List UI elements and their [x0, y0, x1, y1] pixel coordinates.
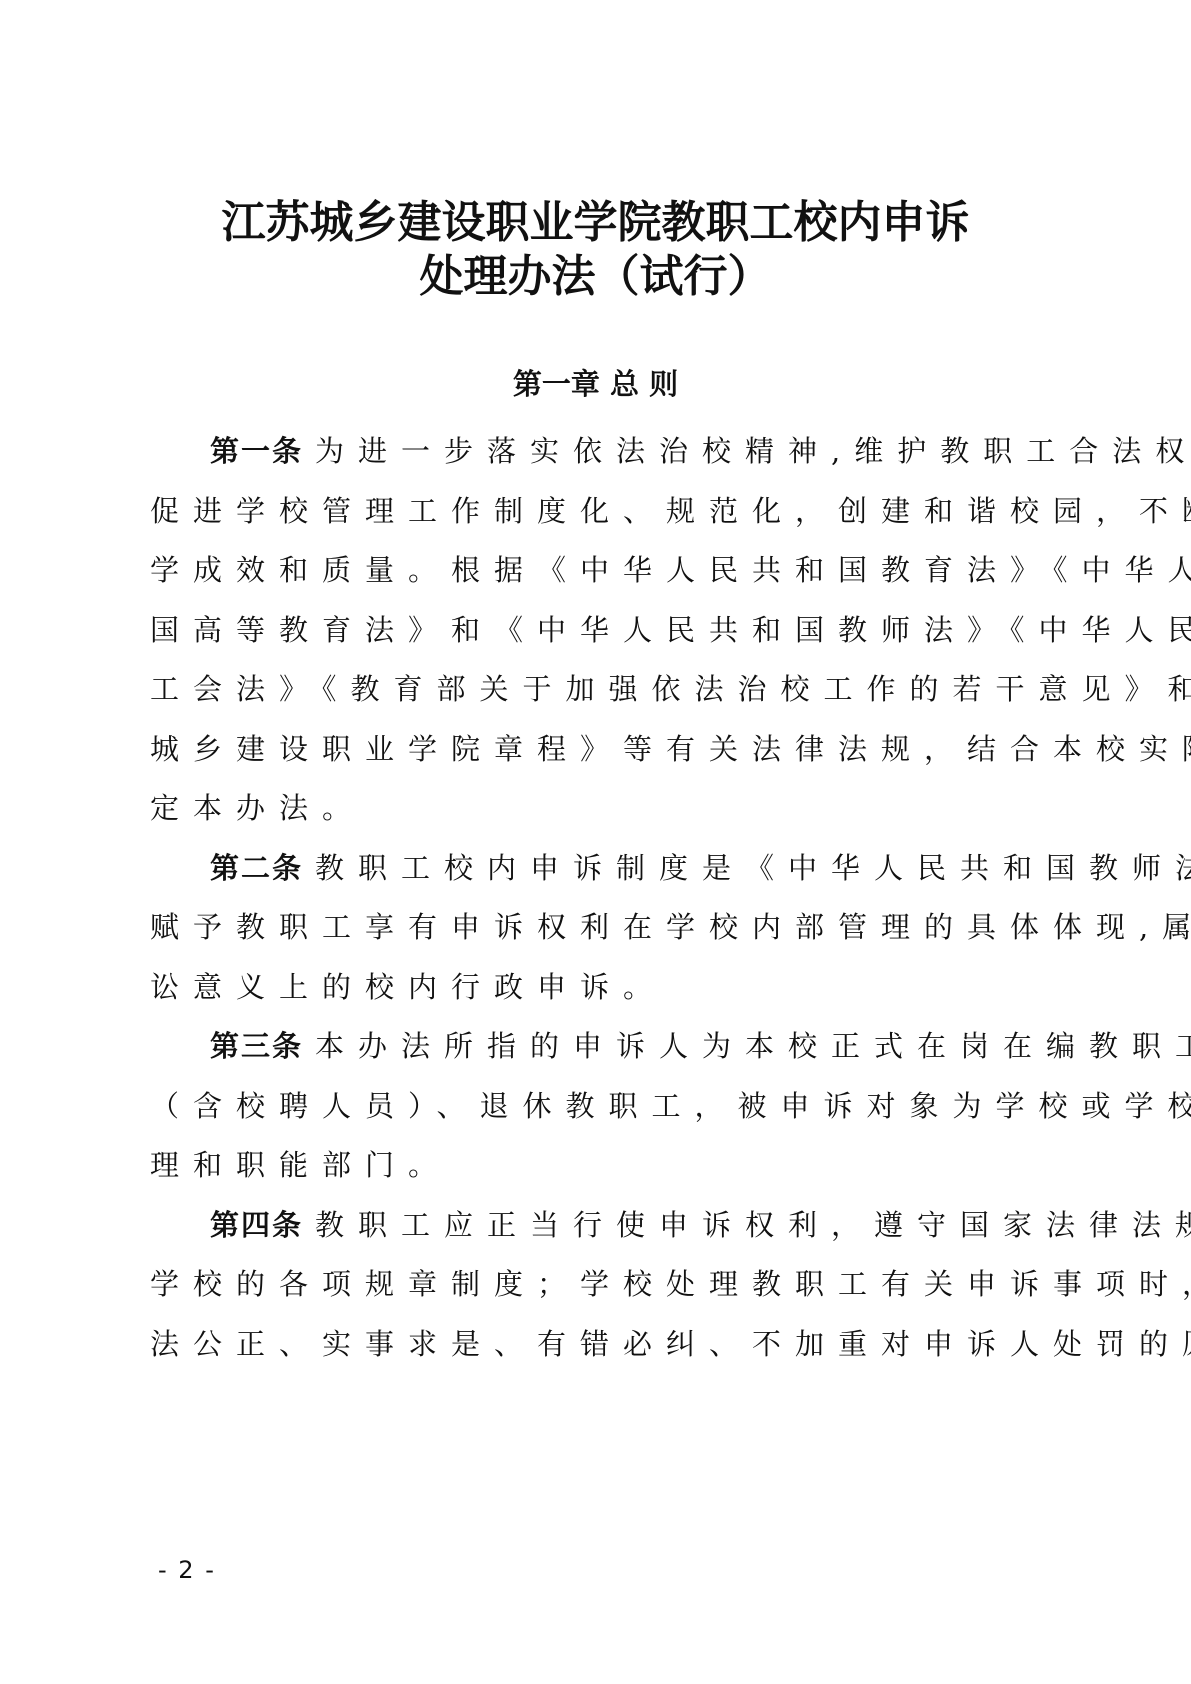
document-title-line-2: 处理办法（试行）	[0, 250, 1191, 304]
page-number: - 2 -	[158, 1556, 216, 1584]
article-2-text: 教职工校内申诉制度是《中华人民共和国教师法》	[315, 851, 1191, 885]
article-1-line-7: 定本办法。	[150, 779, 980, 839]
article-2: 第二条教职工校内申诉制度是《中华人民共和国教师法》 赋予教职工享有申诉权利在学校…	[150, 839, 980, 1018]
article-3-line-2: （含校聘人员）、退休教职工，被申诉对象为学校或学校有关管	[150, 1077, 980, 1137]
document-body: 第一条为进一步落实依法治校精神,维护教职工合法权益, 促进学校管理工作制度化、规…	[150, 422, 980, 1374]
article-4-line-1: 第四条教职工应正当行使申诉权利，遵守国家法律法规和	[150, 1196, 980, 1256]
article-1-line-4: 国高等教育法》和《中华人民共和国教师法》《中华人民共和国	[150, 601, 980, 661]
article-1-line-6: 城乡建设职业学院章程》等有关法律法规，结合本校实际，特制	[150, 720, 980, 780]
article-1-line-2: 促进学校管理工作制度化、规范化，创建和谐校园，不断提高办	[150, 482, 980, 542]
article-1-text: 为进一步落实依法治校精神,维护教职工合法权益,	[315, 434, 1191, 468]
article-1-line-5: 工会法》《教育部关于加强依法治校工作的若干意见》和《江苏	[150, 660, 980, 720]
article-4: 第四条教职工应正当行使申诉权利，遵守国家法律法规和 学校的各项规章制度；学校处理…	[150, 1196, 980, 1375]
article-1-line-1: 第一条为进一步落实依法治校精神,维护教职工合法权益,	[150, 422, 980, 482]
article-2-line-1: 第二条教职工校内申诉制度是《中华人民共和国教师法》	[150, 839, 980, 899]
document-page: 江苏城乡建设职业学院教职工校内申诉 处理办法（试行） 第一章 总 则 第一条为进…	[0, 0, 1191, 1684]
article-4-text: 教职工应正当行使申诉权利，遵守国家法律法规和	[315, 1208, 1191, 1242]
article-1-label: 第一条	[210, 434, 303, 468]
article-1-line-3: 学成效和质量。根据《中华人民共和国教育法》《中华人民共和	[150, 541, 980, 601]
article-2-line-3: 讼意义上的校内行政申诉。	[150, 958, 980, 1018]
article-3-line-3: 理和职能部门。	[150, 1136, 980, 1196]
article-4-label: 第四条	[210, 1208, 303, 1242]
article-3-line-1: 第三条本办法所指的申诉人为本校正式在岗在编教职工	[150, 1017, 980, 1077]
article-1: 第一条为进一步落实依法治校精神,维护教职工合法权益, 促进学校管理工作制度化、规…	[150, 422, 980, 839]
document-title-line-1: 江苏城乡建设职业学院教职工校内申诉	[0, 196, 1191, 250]
article-4-line-2: 学校的各项规章制度；学校处理教职工有关申诉事项时，遵循合	[150, 1255, 980, 1315]
article-3-text: 本办法所指的申诉人为本校正式在岗在编教职工	[315, 1029, 1191, 1063]
article-2-label: 第二条	[210, 851, 303, 885]
chapter-heading: 第一章 总 则	[0, 362, 1191, 406]
article-2-line-2: 赋予教职工享有申诉权利在学校内部管理的具体体现,属于非诉	[150, 898, 980, 958]
article-3-label: 第三条	[210, 1029, 303, 1063]
article-4-line-3: 法公正、实事求是、有错必纠、不加重对申诉人处罚的原则。	[150, 1315, 980, 1375]
article-3: 第三条本办法所指的申诉人为本校正式在岗在编教职工 （含校聘人员）、退休教职工，被…	[150, 1017, 980, 1196]
